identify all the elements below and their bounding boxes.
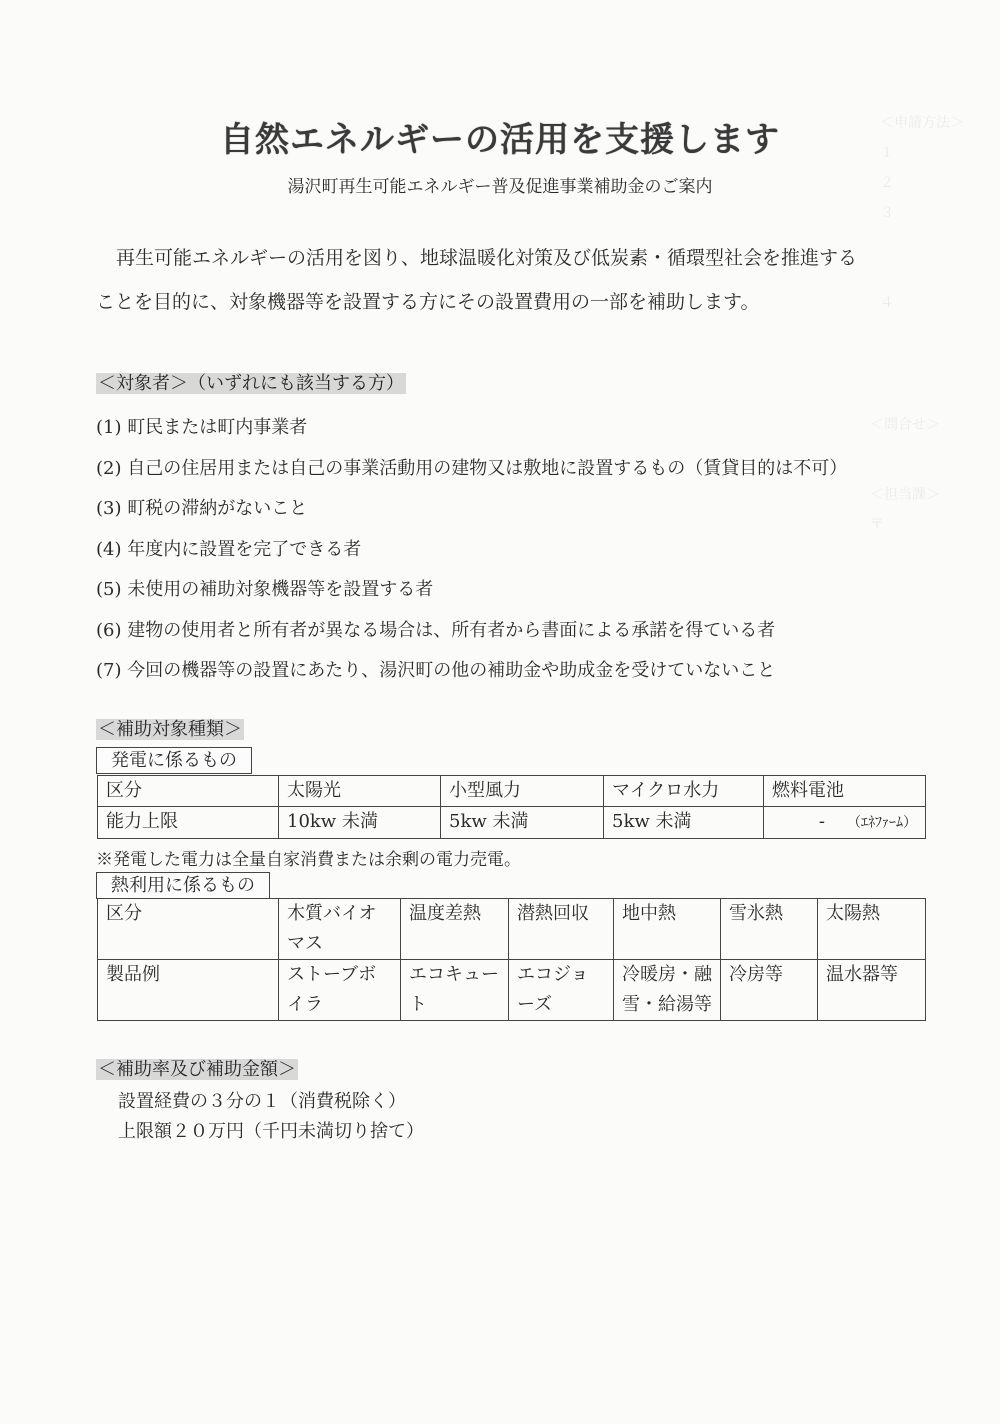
- fuel-cell-limit: -: [819, 811, 825, 832]
- table-header-cell: 木質バイオマス: [279, 899, 401, 960]
- table-row: 能力上限 10kw 未満 5kw 未満 5kw 未満 -（ｴﾈﾌｧｰﾑ）: [98, 807, 926, 839]
- table-cell: エコキュート: [401, 960, 509, 1021]
- subsidy-rate-line: 設置経費の３分の１（消費税除く）: [118, 1087, 424, 1117]
- eligibility-heading: ＜対象者＞（いずれにも該当する方）: [96, 373, 406, 394]
- table-row: 区分 木質バイオマス 温度差熱 潜熱回収 地中熱 雪氷熱 太陽熱: [98, 899, 926, 960]
- eligibility-section: ＜対象者＞（いずれにも該当する方）: [96, 371, 406, 397]
- subsidy-types-heading: ＜補助対象種類＞: [96, 719, 244, 740]
- intro-line: ことを目的に、対象機器等を設置する方にその設置費用の一部を補助します。: [96, 280, 926, 324]
- table-header-cell: 温度差熱: [401, 899, 509, 960]
- power-note: ※発電した電力は全量自家消費または余剰の電力売電。: [96, 845, 521, 870]
- table-header-cell: 太陽熱: [818, 899, 926, 960]
- table-cell: エコジョーズ: [509, 960, 614, 1021]
- table-row: 製品例 ストーブボイラ エコキュート エコジョーズ 冷暖房・融雪・給湯等 冷房等…: [98, 960, 926, 1021]
- subsidy-cap-line: 上限額２０万円（千円未満切り捨て）: [118, 1117, 424, 1147]
- table-header-cell: 小型風力: [441, 776, 604, 807]
- page-subtitle: 湯沢町再生可能エネルギー普及促進事業補助金のご案内: [0, 172, 1000, 197]
- list-item: (5) 未使用の補助対象機器等を設置する者: [96, 572, 847, 613]
- intro-paragraph: 再生可能エネルギーの活用を図り、地球温暖化対策及び低炭素・循環型社会を推進する …: [96, 236, 926, 324]
- table-cell: ストーブボイラ: [279, 960, 401, 1021]
- heat-use-label: 熱利用に係るもの: [96, 872, 270, 899]
- table-header-cell: 区分: [98, 776, 279, 807]
- table-cell: 10kw 未満: [279, 807, 441, 839]
- table-header-cell: 雪氷熱: [721, 899, 818, 960]
- table-header-cell: 潜熱回収: [509, 899, 614, 960]
- power-generation-label: 発電に係るもの: [96, 747, 252, 774]
- subsidy-types-section: ＜補助対象種類＞: [96, 717, 244, 743]
- subsidy-rate-heading: ＜補助率及び補助金額＞: [96, 1059, 298, 1080]
- table-header-cell: 区分: [98, 899, 279, 960]
- subsidy-rate-details: 設置経費の３分の１（消費税除く） 上限額２０万円（千円未満切り捨て）: [118, 1087, 424, 1147]
- page-title: 自然エネルギーの活用を支援します: [0, 112, 1000, 161]
- table-cell: 5kw 未満: [441, 807, 604, 839]
- table-header-cell: 地中熱: [614, 899, 721, 960]
- table-cell: 冷暖房・融雪・給湯等: [614, 960, 721, 1021]
- table-cell: 温水器等: [818, 960, 926, 1021]
- subsidy-rate-section: ＜補助率及び補助金額＞: [96, 1057, 298, 1083]
- table-header-cell: マイクロ水力: [604, 776, 764, 807]
- table-row-label: 製品例: [98, 960, 279, 1021]
- table-header-cell: 燃料電池: [764, 776, 926, 807]
- list-item: (4) 年度内に設置を完了できる者: [96, 532, 847, 573]
- list-item: (7) 今回の機器等の設置にあたり、湯沢町の他の補助金や助成金を受けていないこと: [96, 653, 847, 694]
- bleed-through-text: ＜問合せ＞＜担当課＞〒: [870, 410, 940, 540]
- table-cell: 冷房等: [721, 960, 818, 1021]
- list-item: (2) 自己の住居用または自己の事業活動用の建物又は敷地に設置するもの（賃貸目的…: [96, 451, 847, 492]
- power-generation-table: 区分 太陽光 小型風力 マイクロ水力 燃料電池 能力上限 10kw 未満 5kw…: [97, 775, 926, 839]
- table-cell: -（ｴﾈﾌｧｰﾑ）: [764, 807, 926, 839]
- fuel-cell-note: （ｴﾈﾌｧｰﾑ）: [847, 815, 917, 831]
- table-row-label: 能力上限: [98, 807, 279, 839]
- table-header-cell: 太陽光: [279, 776, 441, 807]
- heat-use-table: 区分 木質バイオマス 温度差熱 潜熱回収 地中熱 雪氷熱 太陽熱 製品例 ストー…: [97, 898, 926, 1021]
- eligibility-list: (1) 町民または町内事業者 (2) 自己の住居用または自己の事業活動用の建物又…: [96, 410, 847, 694]
- table-row: 区分 太陽光 小型風力 マイクロ水力 燃料電池: [98, 776, 926, 807]
- list-item: (3) 町税の滞納がないこと: [96, 491, 847, 532]
- list-item: (1) 町民または町内事業者: [96, 410, 847, 451]
- table-cell: 5kw 未満: [604, 807, 764, 839]
- intro-line: 再生可能エネルギーの活用を図り、地球温暖化対策及び低炭素・循環型社会を推進する: [96, 236, 926, 280]
- list-item: (6) 建物の使用者と所有者が異なる場合は、所有者から書面による承諾を得ている者: [96, 613, 847, 654]
